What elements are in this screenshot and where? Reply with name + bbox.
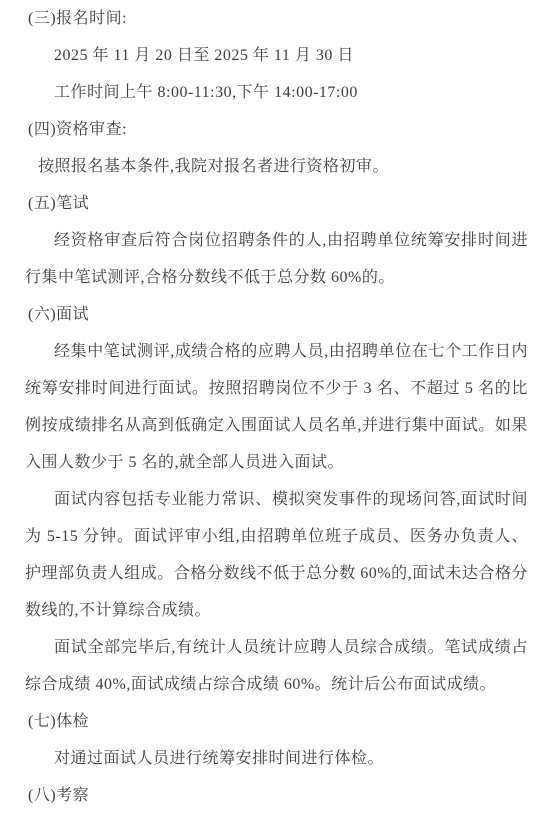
written-test-paragraph: 经资格审查后符合岗位招聘条件的人,由招聘单位统筹安排时间进行集中笔试测评,合格分… [25,222,528,296]
section-heading-qualification-review: (四)资格审查: [28,111,528,148]
section-heading-interview: (六)面试 [28,296,528,333]
interview-content-paragraph: 面试内容包括专业能力常识、模拟突发事件的现场问答,面试时间为 5-15 分钟。面… [25,481,528,629]
interview-shortlist-paragraph: 经集中笔试测评,成绩合格的应聘人员,由招聘单位在七个工作日内统筹安排时间进行面试… [25,333,528,481]
section-heading-inspection: (八)考察 [28,777,528,814]
score-weighting-paragraph: 面试全部完毕后,有统计人员统计应聘人员综合成绩。笔试成绩占综合成绩 40%,面试… [25,629,528,703]
section-heading-registration-time: (三)报名时间: [28,0,528,37]
section-heading-physical-exam: (七)体检 [28,703,528,740]
physical-exam-paragraph: 对通过面试人员进行统筹安排时间进行体检。 [25,740,528,777]
registration-date-range: 2025 年 11 月 20 日至 2025 年 11 月 30 日 [25,37,528,74]
document-page: (三)报名时间: 2025 年 11 月 20 日至 2025 年 11 月 3… [0,0,542,831]
section-heading-written-test: (五)笔试 [28,185,528,222]
working-hours: 工作时间上午 8:00-11:30,下午 14:00-17:00 [25,74,528,111]
qualification-review-paragraph: 按照报名基本条件,我院对报名者进行资格初审。 [25,148,528,185]
